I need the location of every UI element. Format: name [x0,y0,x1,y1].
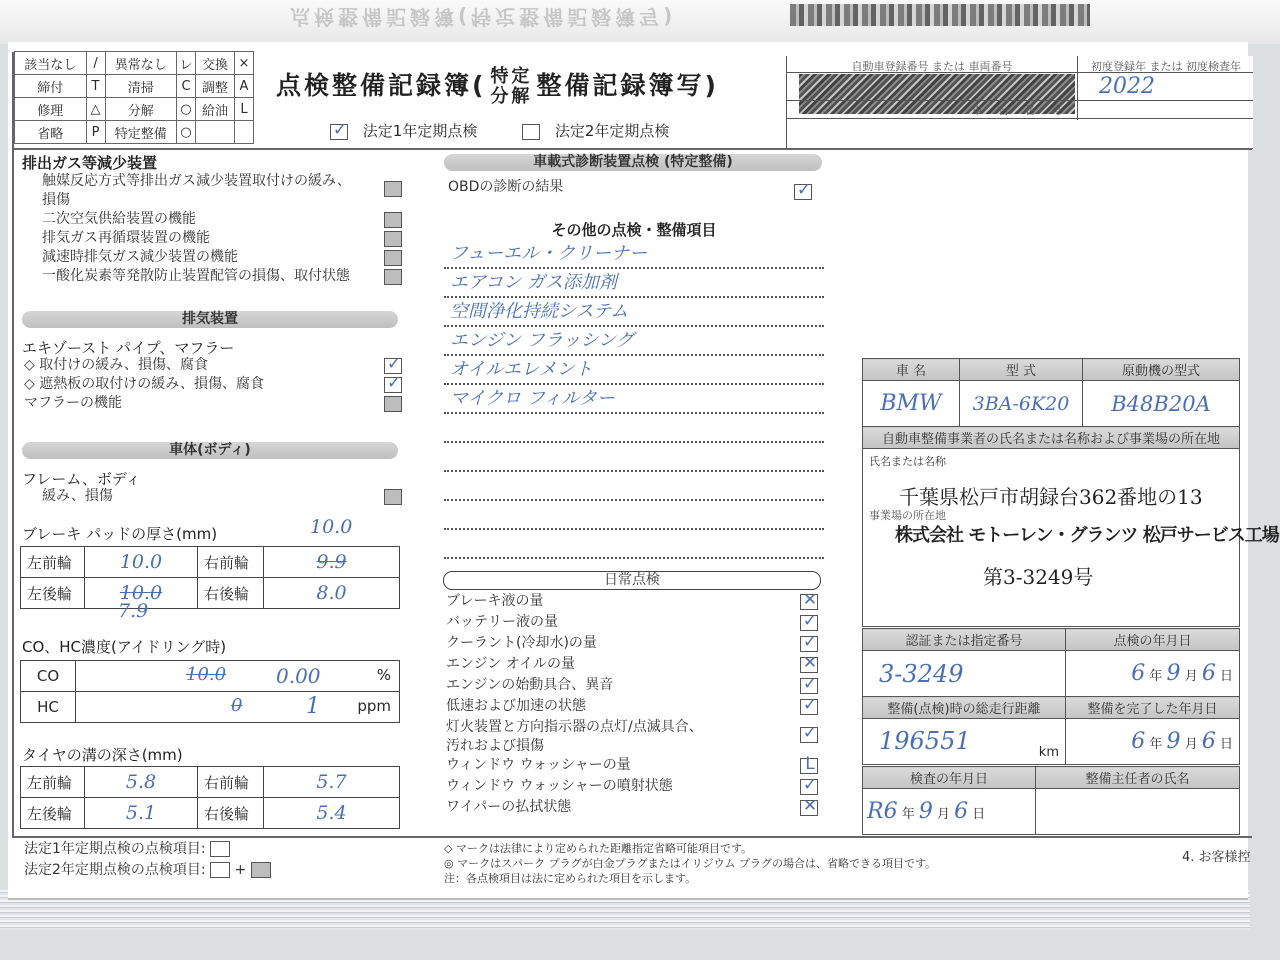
legend-mark: L [235,98,254,121]
other-item-line[interactable] [444,501,824,530]
checklist-checkbox[interactable]: ✓ [800,727,818,743]
checklist-checkbox[interactable]: ✓ [800,636,818,652]
tire-lr-value[interactable]: 5.1 [85,798,198,829]
checklist-item-label: 二次空気供給装置の機能 [42,210,402,229]
shop-header: 自動車整備事業者の氏名または名称および事業場の所在地 [863,427,1240,449]
other-item-text: フューエル・クリーナー [450,239,647,265]
check-mark-icon: ✓ [801,674,819,694]
co-old-value: 10.0 [186,664,226,685]
obd-result-checkbox[interactable]: ✓ [794,184,812,200]
legend-mark: C [177,75,196,98]
exam-day: 6 [954,799,968,824]
other-item-line[interactable]: エアコン ガス添加剤 [444,269,824,298]
checklist-item-label: 緩み、損傷 [42,487,402,506]
legend-row: 省略P特定整備○ [15,121,254,144]
other-items-heading: その他の点検・整備項目 [444,219,824,240]
year-unit: 年 [902,807,915,822]
checklist-checkbox[interactable]: ✓ [800,678,818,694]
exhaust-subheading: エキゾースト パイプ、マフラー [22,337,234,358]
check-mark-icon: ✓ [801,632,819,652]
record-dates-table: 認証または指定番号 点検の年月日 3-3249 6 年 9 月 6 日 整備(点… [862,628,1240,765]
checklist-item: 減速時排気ガス減少装置の機能 [42,248,402,267]
inspection-date-value[interactable]: 6 年 9 月 6 日 [1066,651,1240,697]
mileage-value: 196551 [879,727,971,755]
brake-pad-correction-above: 10.0 [310,516,352,538]
co-value: 0.00 [276,664,321,688]
model-header: 型 式 [960,359,1083,381]
legend-row: 締付T清掃C調整A [15,75,254,98]
brake-lr-label: 左後輪 [21,578,85,609]
day-unit: 日 [1220,669,1233,684]
mileage-cell[interactable]: 196551 km [863,719,1066,765]
checklist-item-label: 一酸化炭素等発散防止装置配管の損傷、取付状態 [42,267,402,286]
chief-mechanic-value[interactable] [1036,789,1240,835]
check-mark-icon: L [801,754,819,774]
emissions-list: 触媒反応方式等排出ガス減少装置取付けの緩み、損傷二次空気供給装置の機能排気ガス再… [42,172,402,286]
checklist-item: エンジンの始動具合、異音✓ [446,676,818,697]
checklist-item-label: エンジンの始動具合、異音 [446,676,818,695]
legend-mark: ○ [177,98,196,121]
first-registration-value: 2022 [1099,74,1155,99]
legend-term: 清掃 [105,75,177,98]
inspection-month: 9 [1167,661,1181,686]
checklist-checkbox[interactable] [384,212,402,228]
engine-model-header: 原動機の型式 [1083,359,1240,381]
car-name-value[interactable]: BMW [863,381,960,427]
previous-page-bleed: 点検整備記録簿(特定整備記録簿写) [0,0,1280,44]
checklist-item-label: クーラント(冷却水)の量 [446,634,818,653]
check-mark-icon: ✓ [801,723,819,743]
legend-row: 修理△分解○給油L [15,98,254,121]
checklist-checkbox[interactable]: ✓ [800,615,818,631]
checklist-item-label: ◇ 遮熱板の取付けの緩み、損傷、腐食 [24,375,402,394]
mileage-unit: km [1039,745,1059,760]
tire-rf-value[interactable]: 5.7 [264,767,400,798]
checklist-item-label: 触媒反応方式等排出ガス減少装置取付けの緩み、 [42,172,402,191]
plus-sign: + [235,862,247,878]
body-list: 緩み、損傷 [42,487,402,506]
other-item-text: マイクロ フィルター [450,384,615,410]
checklist-item: ◇ 取付けの緩み、損傷、腐食✓ [24,356,402,375]
cert-label: 認証または指定番号 [863,629,1066,651]
checklist-checkbox[interactable]: ✕ [800,800,818,816]
check-mark-icon: ✓ [801,611,819,631]
legend-mark: P [86,121,105,144]
daily-inspection-list: ブレーキ液の量✕バッテリー液の量✓クーラント(冷却水)の量✓エンジン オイルの量… [446,592,818,819]
one-year-legend-label: 法定1年定期点検の点検項目: [24,841,206,857]
checklist-item: クーラント(冷却水)の量✓ [446,634,818,655]
other-item-line[interactable]: オイルエレメント [444,356,824,385]
legend-mark: T [86,75,105,98]
legend-term: 調整 [196,75,235,98]
checklist-checkbox[interactable] [384,181,402,197]
title-tail: 整備記録簿写) [536,71,718,100]
checklist-item: ◇ 遮熱板の取付けの緩み、損傷、腐食✓ [24,375,402,394]
legend-row: 該当なし/異常なしレ交換× [15,52,254,75]
footnote: 注：各点検項目は法に定められた項目を示します。 [444,871,936,886]
tire-rf-label: 右前輪 [198,767,264,798]
legend-mark: × [235,52,254,75]
x-mark-icon: ✕ [801,653,819,673]
two-year-label: 法定2年定期点検 [555,122,670,140]
checklist-item: 灯火装置と方向指示器の点灯/点滅具合、汚れおよび損傷✓ [446,718,818,756]
checklist-item: ウィンドウ ウォッシャーの噴射状態✓ [446,777,818,798]
obd-result-label: OBDの診断の結果 [448,178,563,197]
checklist-checkbox[interactable] [384,231,402,247]
check-mark-icon: ✓ [801,775,819,795]
check-mark-icon: ✓ [385,354,403,374]
hc-value: 1 [306,694,320,719]
brake-lf-value[interactable]: 10.0 [85,547,198,578]
title-stack-bottom: 分解 [490,86,532,107]
check-mark-icon: ✓ [795,180,813,200]
month-unit: 月 [1185,737,1198,752]
checklist-item: 二次空気供給装置の機能 [42,210,402,229]
checklist-checkbox[interactable] [384,396,402,412]
hc-old-value: 0 [231,695,242,716]
title-stack-top: 特定 [490,66,532,87]
tire-lf-value[interactable]: 5.8 [85,767,198,798]
name-label: 氏名または名称 [869,453,946,469]
other-item-text: エアコン ガス添加剤 [450,268,617,294]
checklist-checkbox[interactable]: ✓ [384,377,402,393]
legend-mark [235,121,254,144]
checklist-item: 触媒反応方式等排出ガス減少装置取付けの緩み、損傷 [42,172,402,210]
checklist-item-label-cont: 汚れおよび損傷 [446,737,818,756]
mark-legend-table: 該当なし/異常なしレ交換×締付T清掃C調整A修理△分解○給油L省略P特定整備○ [14,51,254,144]
co-unit: % [377,666,391,684]
checklist-item: 排気ガス再循環装置の機能 [42,229,402,248]
legend-term: 給油 [196,98,235,121]
x-mark-icon: ✕ [801,796,819,816]
title-main: 点検整備記録簿( [276,71,486,100]
other-item-text: エンジン フラッシング [450,326,634,352]
checklist-item: 低速および加速の状態✓ [446,697,818,718]
footnotes: ◇ マークは法律により定められた距離指定省略可能項目です。◎ マークはスパーク … [444,841,936,886]
checklist-checkbox[interactable]: ✓ [800,779,818,795]
divider [787,118,1253,119]
checklist-item-label: ウィンドウ ウォッシャーの量 [446,756,818,775]
obd-section-header: 車載式診断装置点検 (特定整備) [444,154,822,171]
co-label: CO [21,661,76,692]
checklist-checkbox[interactable]: L [800,758,818,774]
completion-year: 6 [1131,729,1145,754]
other-item-line[interactable] [444,530,824,559]
legend-mark: A [235,75,254,98]
body-section-header: 車体(ボディ) [22,442,398,459]
month-unit: 月 [1185,669,1198,684]
tire-tread-heading: タイヤの溝の深さ(mm) [22,744,183,765]
month-unit: 月 [937,807,950,822]
brake-pad-correction-below: 7.9 [118,600,148,622]
other-items-lines: フューエル・クリーナーエアコン ガス添加剤空間浄化持続システムエンジン フラッシ… [444,240,824,559]
other-item-text: 空間浄化持続システム [450,297,628,323]
checklist-item: ウィンドウ ウォッシャーの量L [446,756,818,777]
cert-value[interactable]: 3-3249 [863,651,1066,697]
one-year-label: 法定1年定期点検 [363,122,478,140]
ghost-title: 点検整備記録簿(特定整備記録簿写) [290,4,676,33]
day-unit: 日 [972,807,985,822]
one-year-checkbox[interactable]: ✓ [330,124,348,140]
checklist-item: マフラーの機能 [24,394,402,413]
body-subheading: フレーム、ボディ [22,468,141,489]
checklist-item-label: ◇ 取付けの緩み、損傷、腐食 [24,356,402,375]
inspection-day: 6 [1202,661,1216,686]
other-item-line[interactable]: 空間浄化持続システム [444,298,824,327]
checklist-item-label: ワイパーの払拭状態 [446,798,818,817]
exam-year: R6 [867,799,898,824]
tire-rr-label: 右後輪 [198,798,264,829]
checklist-item: ブレーキ液の量✕ [446,592,818,613]
checklist-item-label-cont: 損傷 [42,191,402,210]
checklist-item-label: マフラーの機能 [24,394,402,413]
brake-pad-table: 左前輪 10.0 右前輪 9.9 左後輪 10.0 右後輪 8.0 [20,546,400,609]
exam-month: 9 [919,799,933,824]
co-hc-heading: CO、HC濃度(アイドリング時) [22,636,226,657]
two-year-checkbox[interactable] [522,124,540,140]
checklist-checkbox[interactable]: ✕ [800,594,818,610]
vehicle-registration-block: 自動車登録番号 または 車両番号 初度登録年 または 初度検査年 2022 車 … [786,56,1253,149]
tire-rr-value[interactable]: 5.4 [264,798,400,829]
obd-result-checkbox-wrap: ✓ [794,181,812,200]
exhaust-list: ◇ 取付けの緩み、損傷、腐食✓◇ 遮熱板の取付けの緩み、損傷、腐食✓マフラーの機… [24,356,402,413]
exam-date-value[interactable]: R6 年 9 月 6 日 [863,789,1036,835]
legend-term: 分解 [105,98,177,121]
daily-section-header: 日常点検 [443,571,821,590]
white-box-icon [210,841,230,857]
check-mark-icon: ✓ [385,373,403,393]
tire-tread-table: 左前輪 5.8 右前輪 5.7 左後輪 5.1 右後輪 5.4 [20,766,400,829]
brake-rf-value[interactable]: 9.9 [264,547,400,578]
exam-date-label: 検査の年月日 [863,767,1036,789]
emissions-heading: 排出ガス等減少装置 [22,152,157,173]
hc-unit: ppm [357,697,391,715]
engine-model-value[interactable]: B48B20A [1083,381,1240,427]
other-item-line[interactable]: エンジン フラッシング [444,327,824,356]
check-mark-icon: ✓ [801,695,819,715]
white-box-icon [210,862,230,878]
other-item-line[interactable]: マイクロ フィルター [444,385,824,414]
co-value-cell[interactable]: 10.0 0.00 % [76,661,400,692]
checklist-item: 緩み、損傷 [42,487,402,506]
inspection-year: 6 [1131,661,1145,686]
legend-term: 省略 [15,121,87,144]
checklist-checkbox[interactable]: ✕ [800,657,818,673]
legend-term: 締付 [15,75,87,98]
document-title: 点検整備記録簿(特定分解整備記録簿写) [276,66,719,107]
checklist-item: バッテリー液の量✓ [446,613,818,634]
checklist-item: ワイパーの払拭状態✕ [446,798,818,819]
year-unit: 年 [1149,737,1162,752]
checklist-item-label: エンジン オイルの量 [446,655,818,674]
divider [787,100,1253,101]
checklist-item-label: 排気ガス再循環装置の機能 [42,229,402,248]
tire-lr-label: 左後輪 [21,798,85,829]
other-item-line[interactable] [444,443,824,472]
checklist-item: エンジン オイルの量✕ [446,655,818,676]
inspection-date-label: 点検の年月日 [1066,629,1240,651]
x-mark-icon: ✕ [801,590,819,610]
hc-value-cell[interactable]: 0 1 ppm [76,692,400,723]
co-hc-table: CO 10.0 0.00 % HC 0 1 ppm [20,660,400,723]
checklist-checkbox[interactable] [384,489,402,505]
shop-info-cell: 氏名または名称 千葉県松戸市胡録台362番地の13 事業場の所在地 株式会社 モ… [863,449,1240,627]
title-stack: 特定分解 [490,67,532,107]
chassis-label: 車 台 番 号 [787,102,1253,118]
checklist-item-label: 低速および加速の状態 [446,697,818,716]
footnote: ◇ マークは法律により定められた距離指定省略可能項目です。 [444,841,936,856]
footer-legend-one-year: 法定1年定期点検の点検項目: [24,840,230,859]
legend-term: 修理 [15,98,87,121]
shop-address: 千葉県松戸市胡録台362番地の13 [899,481,1203,510]
shop-company: 株式会社 モトーレン・グランツ 松戸サービス工場 [895,521,1279,547]
divider [787,72,1253,73]
checklist-item-label: ウィンドウ ウォッシャーの噴射状態 [446,777,818,796]
other-item-line[interactable]: フューエル・クリーナー [444,240,824,269]
brake-rr-label: 右後輪 [198,578,264,609]
left-border [12,52,14,838]
checklist-checkbox[interactable] [384,269,402,285]
gray-box-icon [251,862,271,878]
checklist-item-label: 減速時排気ガス減少装置の機能 [42,248,402,267]
checklist-item-label: バッテリー液の量 [446,613,818,632]
car-name-header: 車 名 [863,359,960,381]
other-item-line[interactable] [444,472,824,501]
footer-legend-two-year: 法定2年定期点検の点検項目: + [24,861,271,880]
completion-month: 9 [1167,729,1181,754]
vehicle-info-table: 車 名 型 式 原動機の型式 BMW 3BA-6K20 B48B20A 自動車整… [862,358,1240,627]
legend-term: 該当なし [15,52,87,75]
chief-mechanic-label: 整備主任者の氏名 [1036,767,1240,789]
brake-pad-heading: ブレーキ パッドの厚さ(mm) [22,523,217,544]
legend-term [196,121,235,144]
redacted-scribble [790,4,1090,26]
model-value[interactable]: 3BA-6K20 [960,381,1083,427]
two-year-legend-label: 法定2年定期点検の点検項目: [24,862,206,878]
other-item-line[interactable] [444,414,824,443]
legend-term: 異常なし [105,52,177,75]
legend-mark: レ [177,52,196,75]
shop-cert-stamp: 第3-3249号 [983,561,1093,590]
header-rule [12,148,1252,150]
exhaust-section-header: 排気装置 [22,311,398,328]
brake-rr-value[interactable]: 8.0 [264,578,400,609]
copy-label: 4. お客様控 [1182,846,1251,865]
year-unit: 年 [1149,669,1162,684]
hc-label: HC [21,692,76,723]
inspection-type-group: ✓ 法定1年定期点検 法定2年定期点検 [330,120,669,141]
legend-mark: / [86,52,105,75]
day-unit: 日 [1220,737,1233,752]
legend-mark: ○ [177,121,196,144]
completion-date-label: 整備を完了した年月日 [1066,697,1240,719]
mileage-label: 整備(点検)時の総走行距離 [863,697,1066,719]
checklist-item-label: 灯火装置と方向指示器の点灯/点滅具合、 [446,718,818,737]
tire-lf-label: 左前輪 [21,767,85,798]
checklist-checkbox[interactable]: ✓ [800,699,818,715]
brake-lf-label: 左前輪 [21,547,85,578]
exam-table: 検査の年月日 整備主任者の氏名 R6 年 9 月 6 日 [862,766,1240,835]
completion-day: 6 [1202,729,1216,754]
legend-mark: △ [86,98,105,121]
checklist-checkbox[interactable]: ✓ [384,358,402,374]
brake-rf-label: 右前輪 [198,547,264,578]
legend-term: 交換 [196,52,235,75]
footer-rule [12,836,1252,838]
other-item-text: オイルエレメント [450,355,593,381]
checklist-item-label: ブレーキ液の量 [446,592,818,611]
completion-date-value[interactable]: 6 年 9 月 6 日 [1066,719,1240,765]
checklist-item: 一酸化炭素等発散防止装置配管の損傷、取付状態 [42,267,402,286]
checklist-checkbox[interactable] [384,250,402,266]
footnote: ◎ マークはスパーク プラグが白金プラグまたはイリジウム プラグの場合は、省略で… [444,856,936,871]
legend-term: 特定整備 [105,121,177,144]
